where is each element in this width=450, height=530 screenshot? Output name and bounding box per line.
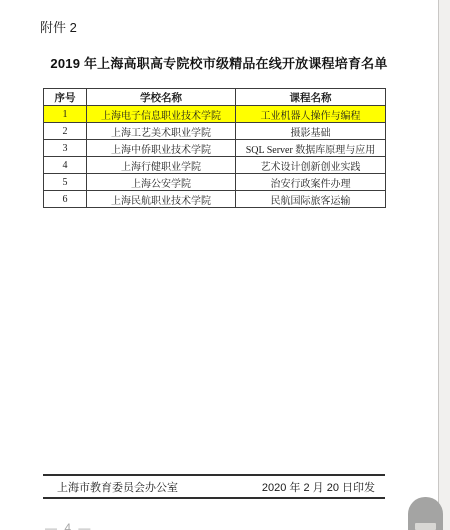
floating-scroll-button[interactable] xyxy=(408,497,443,530)
cell-course: 艺术设计创新创业实践 xyxy=(236,157,386,174)
document-footer: 上海市教育委员会办公室 2020 年 2 月 20 日印发 xyxy=(43,474,385,499)
cell-no: 2 xyxy=(44,123,87,140)
page-title: 2019 年上海高职高专院校市级精品在线开放课程培育名单 xyxy=(0,53,438,72)
table-header-row: 序号 学校名称 课程名称 xyxy=(44,89,386,106)
table-row: 4 上海行健职业学院 艺术设计创新创业实践 xyxy=(44,157,386,174)
viewer-gutter xyxy=(438,0,450,530)
attachment-label: 附件 2 xyxy=(40,17,77,36)
cell-course: 民航国际旅客运输 xyxy=(236,191,386,208)
column-header-school: 学校名称 xyxy=(87,89,236,106)
cell-no: 4 xyxy=(44,157,87,174)
cell-no: 6 xyxy=(44,191,87,208)
table-row: 2 上海工艺美术职业学院 摄影基础 xyxy=(44,123,386,140)
table-row: 3 上海中侨职业技术学院 SQL Server 数据库原理与应用 xyxy=(44,140,386,157)
column-header-no: 序号 xyxy=(44,89,87,106)
table-row: 6 上海民航职业技术学院 民航国际旅客运输 xyxy=(44,191,386,208)
cell-school: 上海行健职业学院 xyxy=(87,157,236,174)
cell-course: 治安行政案件办理 xyxy=(236,174,386,191)
cell-no: 3 xyxy=(44,140,87,157)
print-date: 2020 年 2 月 20 日印发 xyxy=(262,479,375,495)
cell-school: 上海工艺美术职业学院 xyxy=(87,123,236,140)
scroll-button-icon xyxy=(415,523,436,530)
issuer-name: 上海市教育委员会办公室 xyxy=(57,479,178,495)
cell-school: 上海公安学院 xyxy=(87,174,236,191)
page-number: — 4 — xyxy=(45,521,92,530)
column-header-course: 课程名称 xyxy=(236,89,386,106)
cell-school: 上海电子信息职业技术学院 xyxy=(87,106,236,123)
table-row-highlighted: 1 上海电子信息职业技术学院 工业机器人操作与编程 xyxy=(44,106,386,123)
cell-no: 1 xyxy=(44,106,87,123)
cell-school: 上海民航职业技术学院 xyxy=(87,191,236,208)
course-table: 序号 学校名称 课程名称 1 上海电子信息职业技术学院 工业机器人操作与编程 2… xyxy=(43,88,386,208)
table-row: 5 上海公安学院 治安行政案件办理 xyxy=(44,174,386,191)
cell-no: 5 xyxy=(44,174,87,191)
cell-course: 工业机器人操作与编程 xyxy=(236,106,386,123)
cell-school: 上海中侨职业技术学院 xyxy=(87,140,236,157)
cell-course: SQL Server 数据库原理与应用 xyxy=(236,140,386,157)
document-page: { "page": { "attachment_label": "附件 2", … xyxy=(0,0,450,530)
cell-course: 摄影基础 xyxy=(236,123,386,140)
